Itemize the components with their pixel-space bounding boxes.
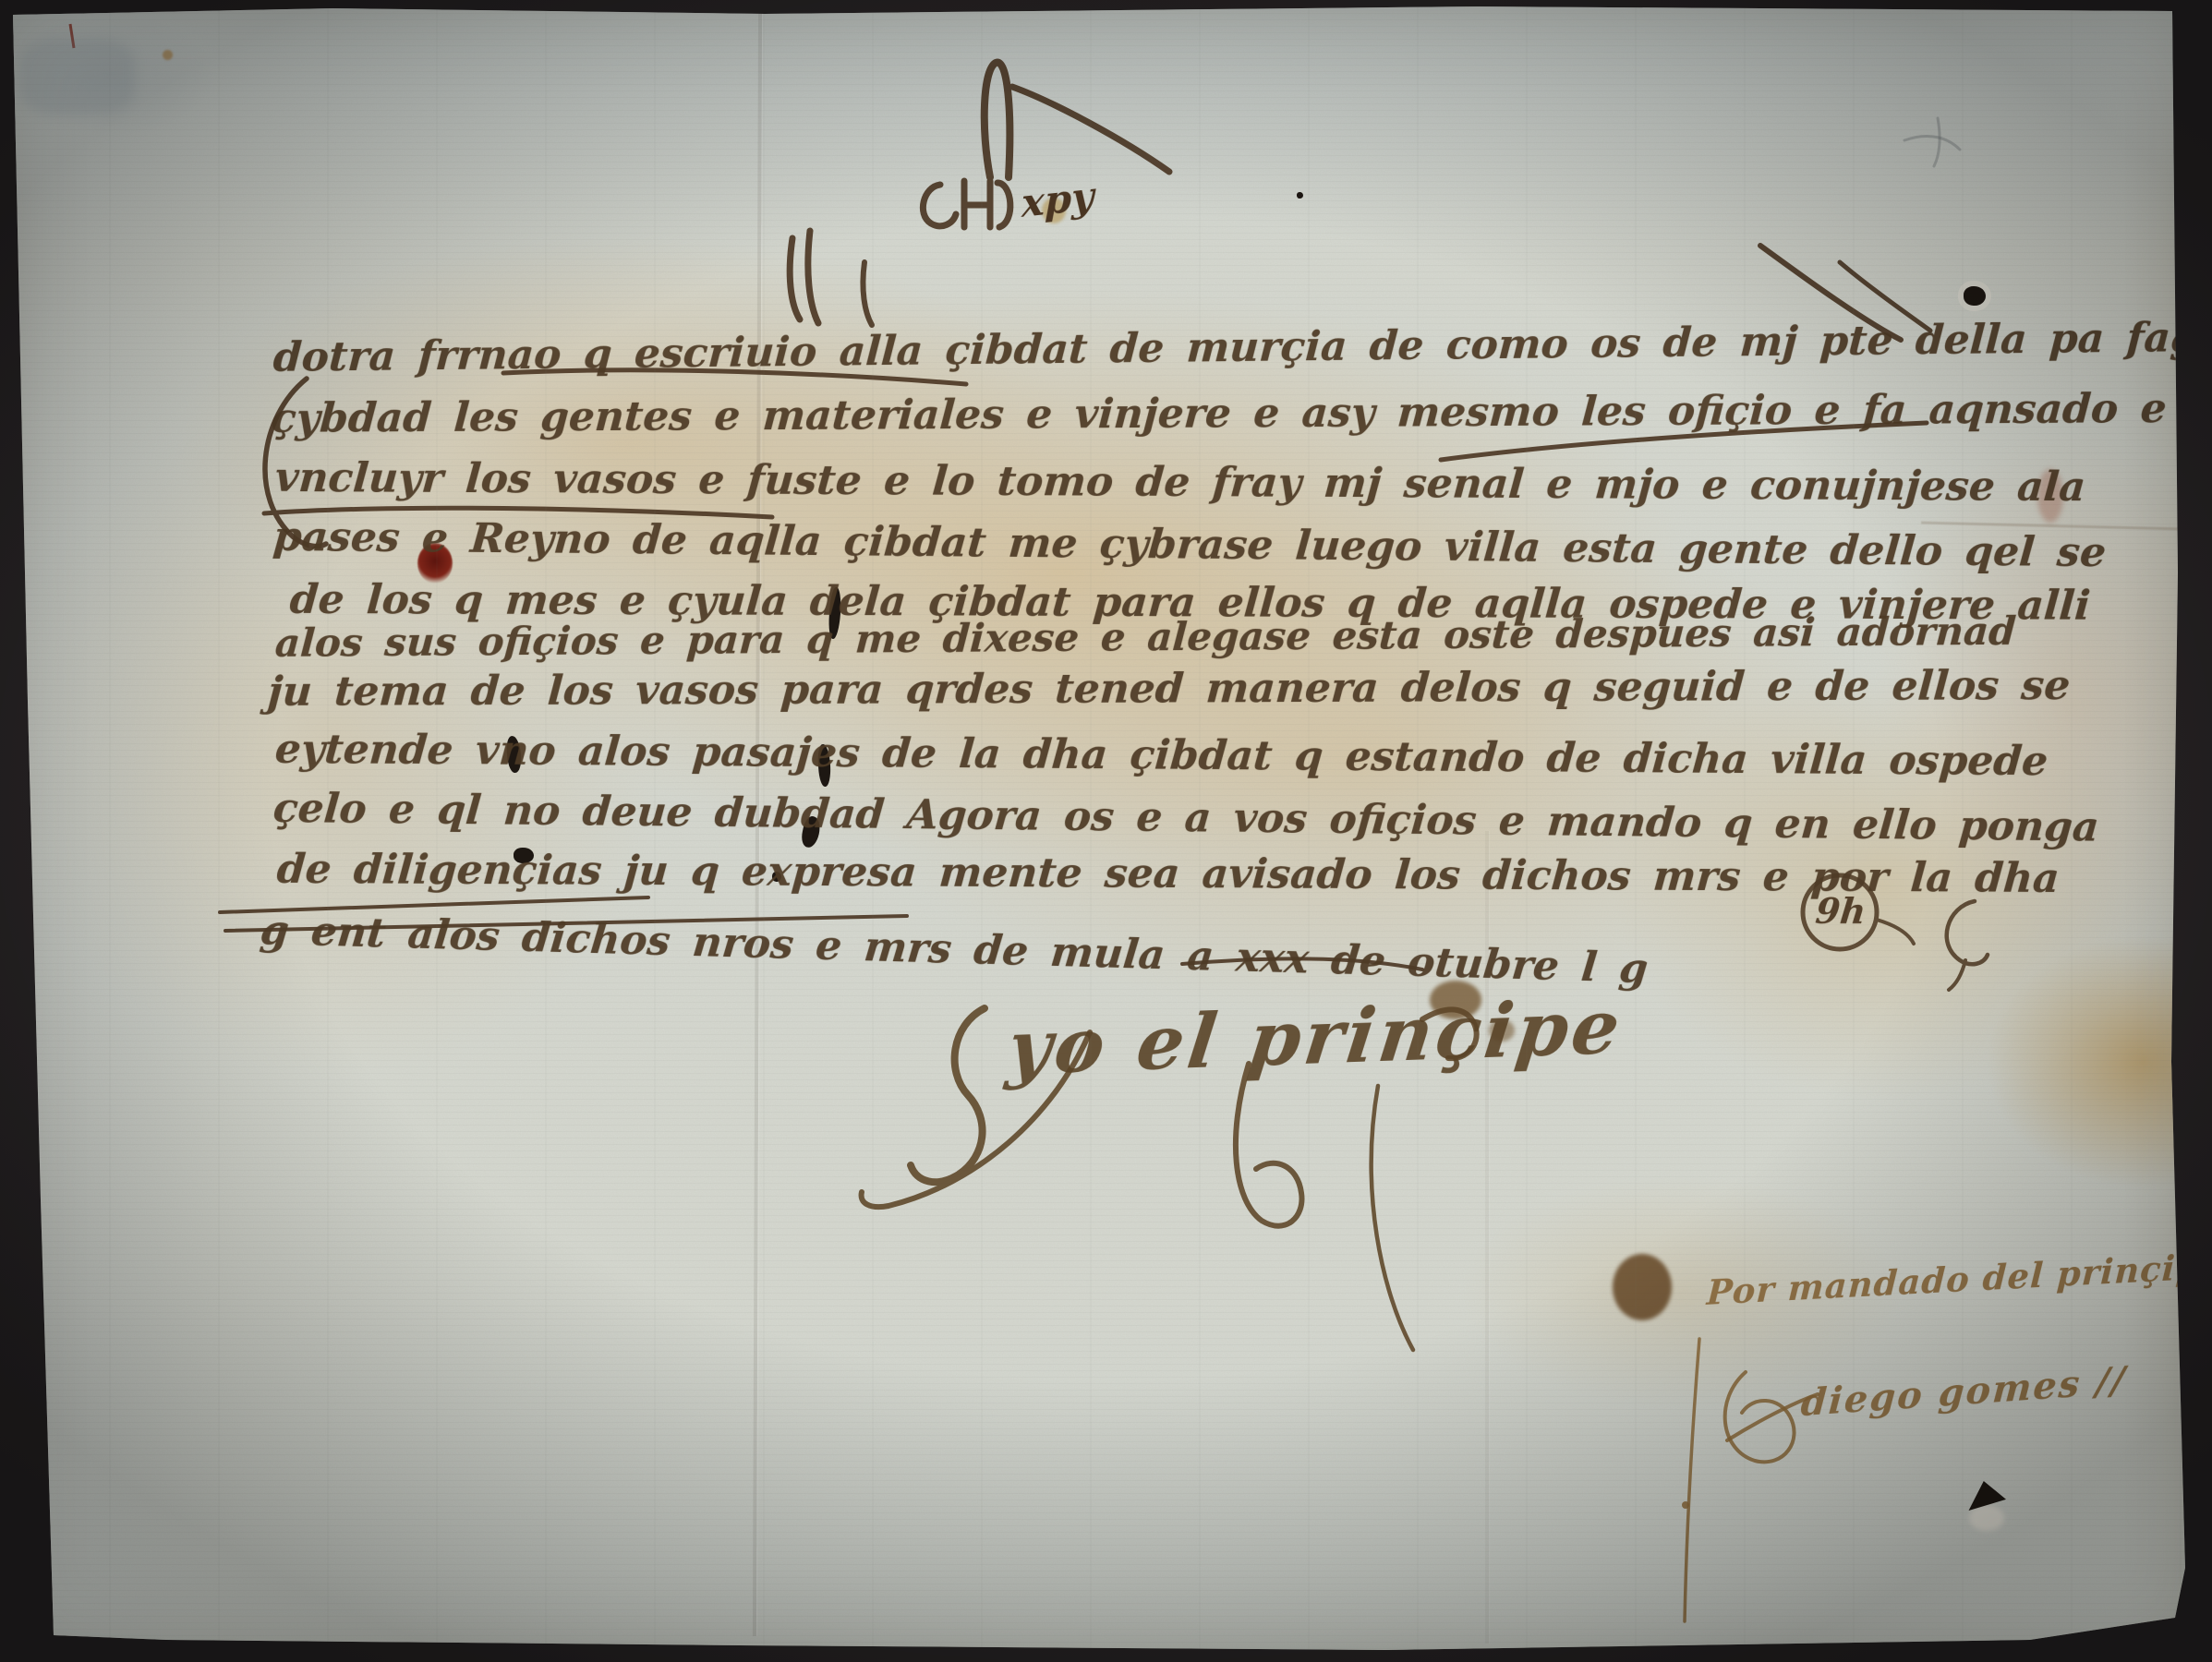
royal-signature: yo el prinçipe <box>1003 983 1628 1092</box>
ink-drip-blot <box>828 587 842 640</box>
rubric-circle-mark <box>1803 875 1988 990</box>
countersignature-line: Por mandado del prinçipe <box>1706 1246 2212 1313</box>
yellow-fleck-invocation <box>1042 198 1066 223</box>
body-line-dateline: g ent alos dichos nros e mrs de mula a x… <box>259 907 1650 993</box>
ink-smudge <box>1489 1019 1515 1042</box>
body-line: eytende vno alos pasajes de la dha çibda… <box>273 726 2049 785</box>
ink-speck <box>772 872 781 882</box>
ink-smudge-countersignature <box>1613 1254 1672 1320</box>
gray-smudge-patch <box>20 39 135 114</box>
ink-speck <box>1297 192 1303 199</box>
ink-blot <box>514 848 534 863</box>
red-tick-mark <box>70 24 74 48</box>
invocation-letters: xpy <box>1021 174 1094 227</box>
ink-hole-blot <box>1964 286 1986 306</box>
ink-drip-blot <box>817 744 831 788</box>
ink-blot <box>505 735 522 773</box>
body-line: pases e Reyno de aqlla çibdat me çybrase… <box>272 513 2108 576</box>
body-line: dotra frrnao q escriuio alla çibdat de m… <box>272 314 2212 381</box>
ink-blot-triangle <box>1965 1481 2006 1511</box>
body-line: çybdad les gentes e materiales e vinjere… <box>270 385 2168 442</box>
signature-flourish <box>862 1008 1477 1350</box>
paper-grain-texture <box>0 0 2212 1662</box>
body-line: ju tema de los vasos para qrdes tened ma… <box>266 662 2072 716</box>
ink-drip-blot <box>800 815 823 849</box>
invocation-monogram-icon <box>923 63 1169 227</box>
red-wax-blot <box>417 543 453 584</box>
secretary-signature: diego gomes // <box>1799 1358 2128 1425</box>
body-line: alos sus ofiçios e para q me dixese e al… <box>273 608 2017 666</box>
ink-flourishes <box>0 0 2212 1662</box>
rubric-letters: 9h <box>1814 890 1868 932</box>
vertical-fold-crease-secondary <box>1485 831 1489 1644</box>
body-line: de diligençias ju q expresa mente sea av… <box>275 846 2061 902</box>
body-line: çelo e ql no deue dubdad Agora os e a vo… <box>272 785 2101 851</box>
ink-smudge-dateline <box>1430 981 1481 1019</box>
body-line: vncluyr los vasos e fuste e lo tomo de f… <box>273 454 2087 511</box>
orange-speck <box>163 50 173 60</box>
horizontal-crease-right <box>1921 522 2182 531</box>
vertical-fold-crease <box>753 9 762 1636</box>
countersignature-rubric <box>1682 1339 1818 1621</box>
paper-hole-halo <box>1969 1505 2004 1531</box>
paraph-c-mark <box>1947 901 1988 964</box>
body-line: de los q mes e çyula dela çibdat para el… <box>288 576 2092 630</box>
manuscript-paper: xpy dotra frrnao q escriuio alla çibdat … <box>0 0 2212 1662</box>
manuscript-photograph: xpy dotra frrnao q escriuio alla çibdat … <box>0 0 2212 1662</box>
red-streak-right-edge <box>2037 469 2063 523</box>
opening-bracket-mark <box>265 379 326 547</box>
faint-pencil-mark <box>1904 118 1960 166</box>
